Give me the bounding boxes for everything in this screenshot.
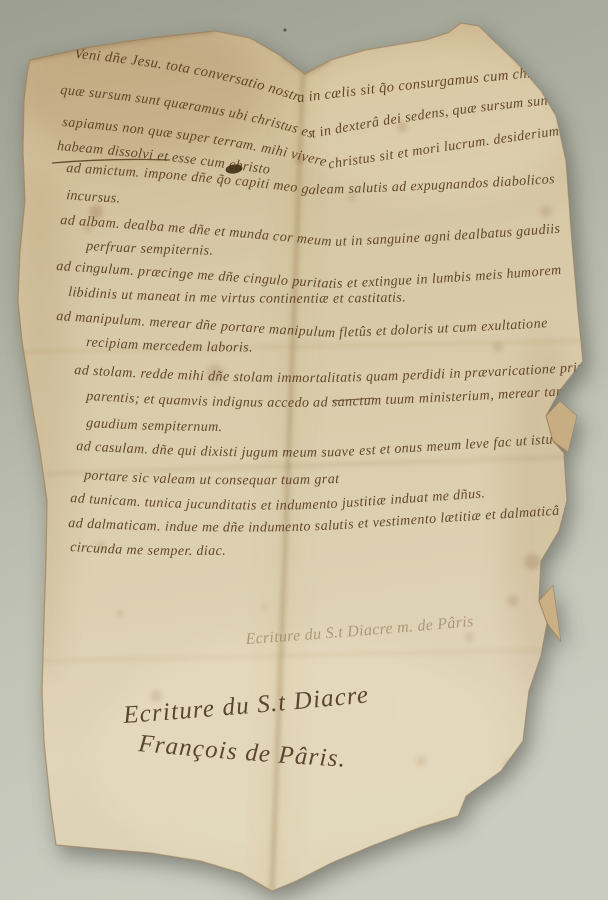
backdrop-speck — [283, 28, 286, 31]
manuscript-photo: Veni dñe Jesu. tota conversatio nostra i… — [0, 0, 608, 900]
paper-group: Veni dñe Jesu. tota conversatio nostra i… — [0, 0, 592, 891]
